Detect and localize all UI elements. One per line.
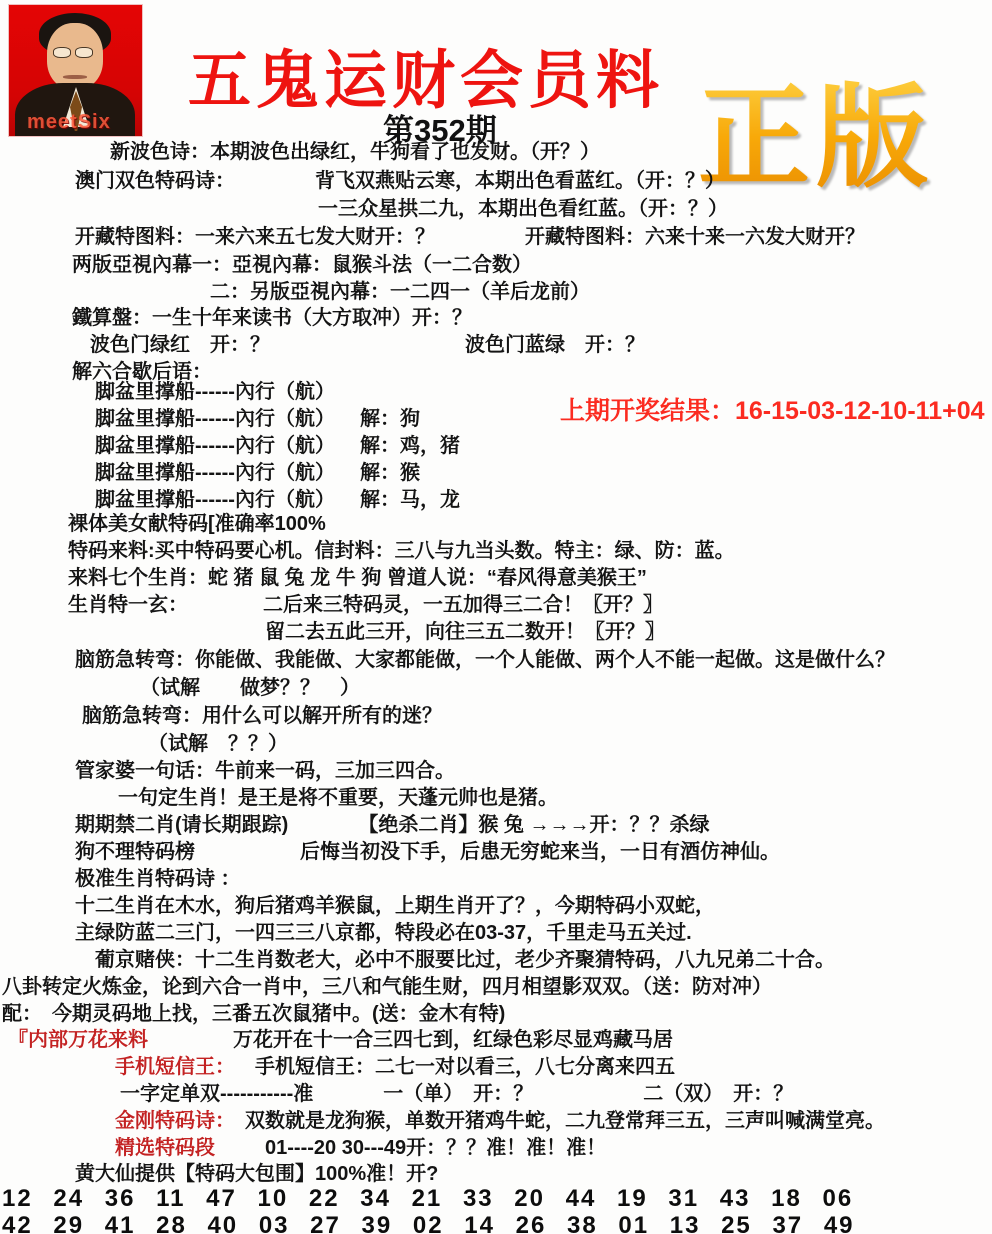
text-segment: 42 29 41 28 40 03 27 39 02 14 26 38 01 1… bbox=[2, 1213, 855, 1234]
text-segment: 二（双） 开：？ bbox=[643, 1081, 793, 1107]
text-line: 脚盆里撑船------內行（航）解：狗 bbox=[95, 406, 420, 432]
text-segment: 脑筋急转弯：用什么可以解开所有的迷？ bbox=[82, 703, 442, 729]
text-segment: 十二生肖在木水，狗后猪鸡羊猴鼠，上期生肖开了？，今期特码小双蛇， bbox=[75, 893, 715, 919]
text-line: 脑筋急转弯：用什么可以解开所有的迷？ bbox=[82, 703, 442, 729]
text-line: 金刚特码诗：双数就是龙狗猴，单数开猪鸡牛蛇，二九登常拜三五，三声叫喊满堂亮。 bbox=[115, 1108, 885, 1134]
text-segment: 八卦转定火炼金，论到六合一肖中，三八和气能生财，四月相望影双双。（送：防对冲） bbox=[2, 974, 772, 1000]
text-line: 主绿防蓝二三门，一四三三八京都，特段必在03-37，千里走马五关过. bbox=[75, 920, 692, 946]
text-line: 特码来料:买中特码要心机。信封料：三八与九当头数。特主：绿、防：蓝。 bbox=[68, 538, 735, 564]
text-segment: 波色门蓝绿 开：？ bbox=[465, 332, 645, 358]
text-segment: 狗不理特码榜 bbox=[75, 839, 195, 865]
text-segment: 脚盆里撑船------內行（航） bbox=[95, 379, 335, 405]
tip-sheet-page: meetSix 五鬼运财会员料 第352期 正版 上期开奖结果：16-15-03… bbox=[0, 0, 992, 1234]
text-line: 脑筋急转弯：你能做、我能做、大家都能做，一个人能做、两个人不能一起做。这是做什么… bbox=[75, 647, 895, 673]
text-line: 新波色诗：本期波色出绿红，牛狗看了也发财。（开？） bbox=[110, 139, 600, 165]
photo-watermark: meetSix bbox=[27, 111, 111, 134]
edition-watermark: 正版 bbox=[698, 48, 934, 209]
red-label-segment: 手机短信王： bbox=[115, 1054, 235, 1080]
text-segment: 澳门双色特码诗： bbox=[75, 168, 235, 194]
text-segment: 管家婆一句话：牛前来一码，三加三四合。 bbox=[75, 758, 455, 784]
text-line: （试解 做梦？？ ） bbox=[140, 675, 360, 701]
text-segment: 脚盆里撑船------內行（航） bbox=[95, 406, 335, 432]
text-segment: （试解 做梦？？ ） bbox=[140, 675, 360, 701]
text-segment: 黄大仙提供【特码大包围】100%准！开? bbox=[75, 1161, 438, 1187]
red-label-segment: 『内部万花来料 bbox=[8, 1027, 148, 1053]
number-row: 42 29 41 28 40 03 27 39 02 14 26 38 01 1… bbox=[2, 1213, 855, 1234]
text-segment: 配： 今期灵码地上找，三番五次鼠猪中。(送：金木有特) bbox=[2, 1001, 505, 1027]
text-segment: 脚盆里撑船------內行（航） bbox=[95, 433, 335, 459]
text-segment: 12 24 36 11 47 10 22 34 21 33 20 44 19 3… bbox=[2, 1186, 853, 1212]
text-segment: 脚盆里撑船------內行（航） bbox=[95, 487, 335, 513]
text-line: 生肖特一玄：二后来三特码灵，一五加得三二合！〖开？〗 bbox=[68, 592, 663, 618]
text-segment: 波色门绿红 开：？ bbox=[90, 332, 270, 358]
text-segment: 解：马，龙 bbox=[360, 487, 460, 513]
text-segment: 一三众星拱二九，本期出色看红蓝。（开：？） bbox=[318, 196, 728, 222]
previous-draw-result: 上期开奖结果：16-15-03-12-10-11+04 bbox=[560, 391, 985, 427]
text-segment: 鐵算盤：一生十年来读书（大方取冲）开：？ bbox=[72, 305, 472, 331]
text-segment: 葡京赌侠：十二生肖数老大，必中不服要比过，老少齐聚猜特码，八九兄弟二十合。 bbox=[95, 947, 835, 973]
text-segment: （试解 ？？） bbox=[148, 731, 288, 757]
text-line: 极准生肖特码诗 ： bbox=[75, 866, 241, 892]
red-label-segment: 金刚特码诗： bbox=[115, 1108, 235, 1134]
text-segment: 新波色诗：本期波色出绿红，牛狗看了也发财。（开？） bbox=[110, 139, 600, 165]
portrait-glasses-left-lens bbox=[53, 47, 71, 58]
text-line: 澳门双色特码诗：背飞双燕贴云寒，本期出色看蓝红。（开：？） bbox=[75, 168, 725, 194]
text-line: 两版亞視內幕一：亞視內幕：鼠猴斗法（一二合数） bbox=[72, 252, 532, 278]
text-segment: 01----20 30---49开：？？准！准！准！ bbox=[265, 1135, 606, 1161]
text-line: 波色门绿红 开：？波色门蓝绿 开：？ bbox=[90, 332, 645, 358]
text-segment: 二后来三特码灵，一五加得三二合！〖开？〗 bbox=[263, 592, 663, 618]
text-line: 十二生肖在木水，狗后猪鸡羊猴鼠，上期生肖开了？，今期特码小双蛇， bbox=[75, 893, 715, 919]
text-line: 裸体美女献特码[准确率100% bbox=[68, 511, 326, 537]
portrait-mouth bbox=[63, 75, 87, 79]
text-line: 手机短信王：手机短信王：二七一对以看三，八七分离来四五 bbox=[115, 1054, 675, 1080]
text-line: 八卦转定火炼金，论到六合一肖中，三八和气能生财，四月相望影双双。（送：防对冲） bbox=[2, 974, 772, 1000]
text-segment: 两版亞視內幕一：亞視內幕：鼠猴斗法（一二合数） bbox=[72, 252, 532, 278]
text-line: 狗不理特码榜后悔当初没下手，后患无穷蛇来当，一日有酒仿神仙。 bbox=[75, 839, 780, 865]
text-line: 配： 今期灵码地上找，三番五次鼠猪中。(送：金木有特) bbox=[2, 1001, 505, 1027]
text-segment: 【绝杀二肖】猴 兔 →→→开：？？杀绿 bbox=[358, 812, 709, 838]
text-segment: 特码来料:买中特码要心机。信封料：三八与九当头数。特主：绿、防：蓝。 bbox=[68, 538, 735, 564]
text-segment: 期期禁二肖(请长期跟踪) bbox=[75, 812, 288, 838]
text-segment: 主绿防蓝二三门，一四三三八京都，特段必在03-37，千里走马五关过. bbox=[75, 920, 692, 946]
portrait-photo: meetSix bbox=[8, 4, 143, 137]
text-segment: 后悔当初没下手，后患无穷蛇来当，一日有酒仿神仙。 bbox=[300, 839, 780, 865]
text-segment: 极准生肖特码诗 ： bbox=[75, 866, 241, 892]
text-segment: 留二去五此三开，向往三五二数开！〖开？〗 bbox=[265, 619, 665, 645]
text-line: 黄大仙提供【特码大包围】100%准！开? bbox=[75, 1161, 438, 1187]
text-segment: 一句定生肖！是王是将不重要，天蓬元帅也是猪。 bbox=[118, 785, 558, 811]
text-line: 鐵算盤：一生十年来读书（大方取冲）开：？ bbox=[72, 305, 472, 331]
text-segment: 脚盆里撑船------內行（航） bbox=[95, 460, 335, 486]
text-line: 来料七个生肖：蛇 猪 鼠 兔 龙 牛 狗 曾道人说：“春风得意美猴王” bbox=[68, 565, 647, 591]
text-segment: 手机短信王：二七一对以看三，八七分离来四五 bbox=[255, 1054, 675, 1080]
text-segment: 一字定单双-----------准 bbox=[120, 1081, 313, 1107]
text-line: 一三众星拱二九，本期出色看红蓝。（开：？） bbox=[318, 196, 728, 222]
text-segment: 脑筋急转弯：你能做、我能做、大家都能做，一个人能做、两个人不能一起做。这是做什么… bbox=[75, 647, 895, 673]
text-line: 二：另版亞視內幕：一二四一（羊后龙前） bbox=[210, 279, 590, 305]
text-segment: 背飞双燕贴云寒，本期出色看蓝红。（开：？） bbox=[315, 168, 725, 194]
text-line: 一句定生肖！是王是将不重要，天蓬元帅也是猪。 bbox=[118, 785, 558, 811]
text-segment: 解：鸡，猪 bbox=[360, 433, 460, 459]
text-line: 管家婆一句话：牛前来一码，三加三四合。 bbox=[75, 758, 455, 784]
text-line: 脚盆里撑船------內行（航） bbox=[95, 379, 335, 405]
text-segment: 万花开在十一合三四七到，红绿色彩尽显鸡藏马居 bbox=[233, 1027, 673, 1053]
text-line: 『内部万花来料万花开在十一合三四七到，红绿色彩尽显鸡藏马居 bbox=[8, 1027, 673, 1053]
text-segment: 生肖特一玄： bbox=[68, 592, 188, 618]
text-segment: 开藏特图料：一来六来五七发大财开：？ bbox=[75, 224, 435, 250]
text-line: （试解 ？？） bbox=[148, 731, 288, 757]
text-segment: 开藏特图料：六来十来一六发大财开？ bbox=[525, 224, 865, 250]
text-line: 脚盆里撑船------內行（航）解：鸡，猪 bbox=[95, 433, 460, 459]
text-segment: 来料七个生肖：蛇 猪 鼠 兔 龙 牛 狗 曾道人说：“春风得意美猴王” bbox=[68, 565, 647, 591]
text-segment: 解：猴 bbox=[360, 460, 420, 486]
text-line: 一字定单双-----------准一（单） 开：？二（双） 开：？ bbox=[120, 1081, 793, 1107]
text-line: 期期禁二肖(请长期跟踪)【绝杀二肖】猴 兔 →→→开：？？杀绿 bbox=[75, 812, 709, 838]
text-segment: 二：另版亞視內幕：一二四一（羊后龙前） bbox=[210, 279, 590, 305]
portrait-glasses-right-lens bbox=[75, 47, 93, 58]
text-line: 脚盆里撑船------內行（航）解：猴 bbox=[95, 460, 420, 486]
text-segment: 一（单） 开：？ bbox=[383, 1081, 533, 1107]
text-segment: 解：狗 bbox=[360, 406, 420, 432]
text-segment: 双数就是龙狗猴，单数开猪鸡牛蛇，二九登常拜三五，三声叫喊满堂亮。 bbox=[245, 1108, 885, 1134]
text-line: 开藏特图料：一来六来五七发大财开：？开藏特图料：六来十来一六发大财开？ bbox=[75, 224, 865, 250]
number-row: 12 24 36 11 47 10 22 34 21 33 20 44 19 3… bbox=[2, 1186, 853, 1212]
text-line: 留二去五此三开，向往三五二数开！〖开？〗 bbox=[265, 619, 665, 645]
text-line: 精选特码段01----20 30---49开：？？准！准！准！ bbox=[115, 1135, 606, 1161]
red-label-segment: 精选特码段 bbox=[115, 1135, 215, 1161]
text-line: 脚盆里撑船------內行（航）解：马，龙 bbox=[95, 487, 460, 513]
text-segment: 裸体美女献特码[准确率100% bbox=[68, 511, 326, 537]
text-line: 葡京赌侠：十二生肖数老大，必中不服要比过，老少齐聚猜特码，八九兄弟二十合。 bbox=[95, 947, 835, 973]
